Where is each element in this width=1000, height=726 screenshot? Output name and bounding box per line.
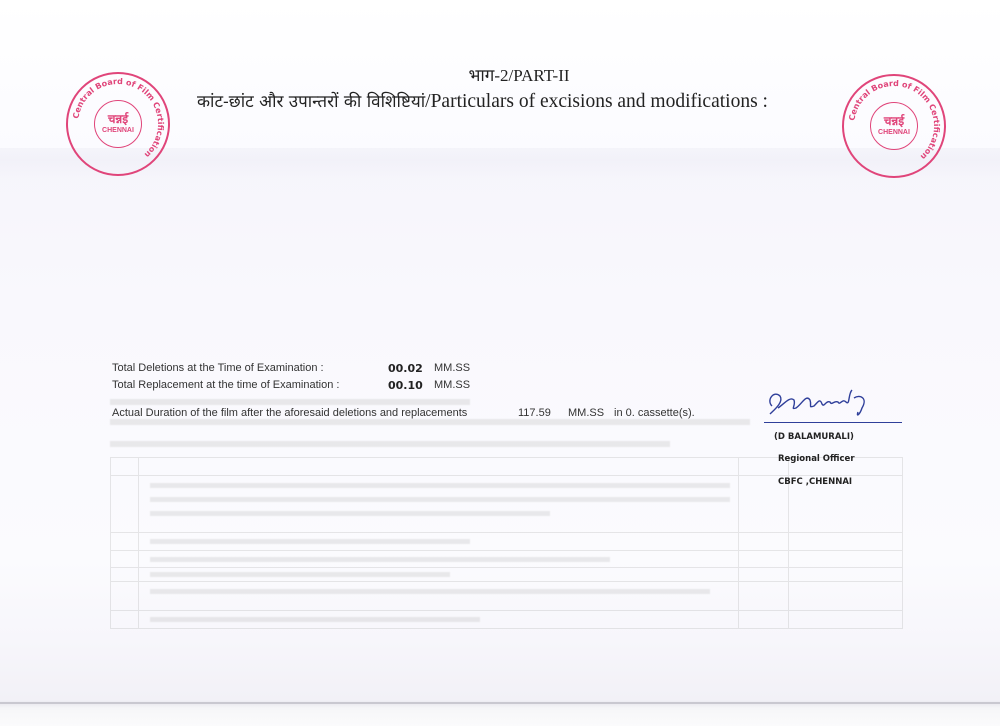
section-heading-hindi: कांट-छांट और उपान्तरों की विशिष्टियां <box>197 92 425 112</box>
stamp-city-hindi: चन्नई <box>108 113 128 126</box>
stamp-city-hindi: चन्नई <box>884 115 904 128</box>
page-bottom-edge <box>0 702 1000 704</box>
stamp-city-english: CHENNAI <box>878 128 910 137</box>
actual-duration-unit: MM.SS <box>568 407 604 419</box>
signature-underline <box>764 422 902 423</box>
cbfc-stamp-left: Central Board of Film Certification चन्न… <box>66 72 170 176</box>
signatory-name: (D BALAMURALI) <box>774 432 854 442</box>
stamp-center: चन्नई CHENNAI <box>870 102 918 150</box>
total-deletions-label: Total Deletions at the Time of Examinati… <box>112 362 324 374</box>
section-heading: कांट-छांट और उपान्तरों की विशिष्टियां/Pa… <box>197 89 768 113</box>
total-replacement-unit: MM.SS <box>434 379 470 391</box>
part-heading-text: भाग-2/PART-II <box>468 66 569 85</box>
actual-duration-value: 117.59 <box>518 407 551 419</box>
signatory-designation: Regional Officer <box>778 454 855 464</box>
signatory-office: CBFC ,CHENNAI <box>778 477 852 487</box>
total-replacement-label: Total Replacement at the time of Examina… <box>112 379 339 391</box>
part-heading: भाग-2/PART-II <box>0 63 1000 86</box>
signature-icon <box>764 384 904 424</box>
cbfc-stamp-right: Central Board of Film Certification चन्न… <box>842 74 946 178</box>
stamp-city-english: CHENNAI <box>102 126 134 135</box>
cassettes-count: in 0. cassette(s). <box>614 407 695 419</box>
section-heading-english: /Particulars of excisions and modificati… <box>425 91 768 112</box>
stamp-center: चन्नई CHENNAI <box>94 100 142 148</box>
scanned-page: Central Board of Film Certification चन्न… <box>0 0 1000 726</box>
reverse-side-show-through <box>110 395 902 635</box>
actual-duration-label: Actual Duration of the film after the af… <box>112 407 467 419</box>
total-deletions-unit: MM.SS <box>434 362 470 374</box>
total-replacement-value: 00.10 <box>388 379 423 392</box>
total-deletions-value: 00.02 <box>388 362 423 375</box>
